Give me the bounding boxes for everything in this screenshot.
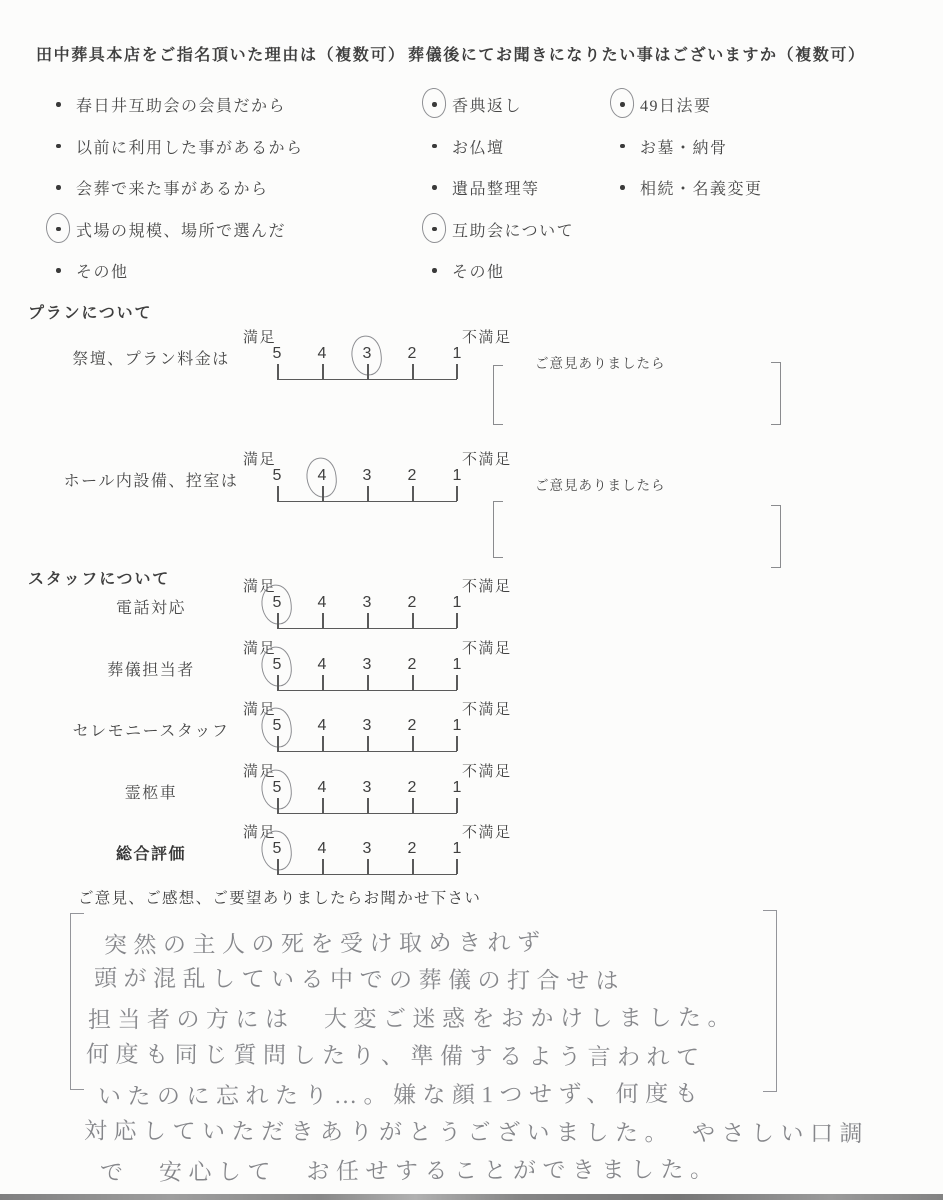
handwritten-line: 何度も同じ質問したり、準備するよう言われて — [86, 1036, 930, 1078]
scale-number: 1 — [453, 779, 462, 797]
scale-numbers: 5 4 3 2 1 — [277, 345, 457, 363]
scale-number: 1 — [453, 467, 462, 485]
handwritten-line: 担当者の方には 大変ご迷惑をおかけしました。 — [88, 999, 930, 1040]
scale-number: 4 — [318, 656, 327, 674]
scale-tick — [322, 859, 324, 874]
scale-number: 4 — [318, 840, 327, 858]
scale-number: 5 — [273, 467, 282, 485]
bullet-icon — [56, 185, 61, 190]
scale-number: 2 — [408, 345, 417, 363]
handwritten-line: 頭が混乱している中での葬儀の打合せは — [94, 960, 930, 1002]
scale-numbers: 5 4 3 2 1 — [277, 656, 457, 674]
scale-ruler — [277, 798, 457, 814]
scale-numbers: 5 4 3 2 1 — [277, 594, 457, 612]
satisfied-label: 満足 — [243, 326, 276, 347]
rating-row: 総合評価 満足 不満足 5 4 3 2 1 — [20, 821, 923, 883]
rating-scale: 満足 不満足 5 4 3 2 1 — [243, 448, 523, 504]
choice-label: お仏壇 — [452, 140, 505, 157]
choice-label: その他 — [76, 264, 129, 281]
unsatisfied-label: 不満足 — [462, 448, 512, 469]
scale-numbers: 5 4 3 2 1 — [277, 840, 457, 858]
scale-tick — [277, 736, 279, 751]
rating-row: セレモニースタッフ 満足 不満足 5 4 3 2 — [20, 698, 923, 760]
rating-scale: 満足 不満足 5 4 3 2 1 — [243, 760, 523, 816]
choice-label: 互助会について — [452, 223, 574, 240]
unsatisfied-label: 不満足 — [462, 575, 512, 596]
choice-item: お仏壇 — [424, 126, 612, 168]
scale-number: 2 — [408, 656, 417, 674]
scale-tick — [367, 613, 369, 628]
scale-number: 1 — [453, 345, 462, 363]
comment-bracket-right — [771, 362, 781, 425]
scale-tick — [277, 486, 279, 501]
scale-number: 3 — [363, 467, 372, 485]
scale-number: 4 — [318, 345, 327, 363]
scale-ruler — [277, 736, 457, 752]
scale-tick — [412, 798, 414, 813]
reasons-choice-list: 春日井互助会の会員だから 以前に利用した事があるから 会葬で来た事があるから 式… — [48, 84, 388, 292]
scale-number: 3 — [363, 840, 372, 858]
scale-tick — [322, 486, 324, 501]
scale-number: 1 — [453, 717, 462, 735]
choice-row: お仏壇 お墓・納骨 — [424, 126, 924, 168]
scale-tick — [367, 798, 369, 813]
bullet-icon — [56, 268, 61, 273]
scale-number: 2 — [408, 717, 417, 735]
scale-number: 2 — [408, 779, 417, 797]
scale-number: 4 — [318, 779, 327, 797]
choice-label: 会葬で来た事があるから — [76, 181, 269, 198]
scanned-survey-page: 田中葬具本店をご指名頂いた理由は（複数可） 葬儀後にてお聞きになりたい事はござい… — [0, 0, 943, 1200]
bullet-icon — [432, 144, 437, 149]
scale-number: 4 — [318, 717, 327, 735]
scale-tick — [322, 675, 324, 690]
scale-number: 5 — [273, 345, 282, 363]
rating-scale: 満足 不満足 5 4 3 2 1 — [243, 575, 523, 631]
scale-ruler — [277, 859, 457, 875]
scale-ruler — [277, 675, 457, 691]
comment-area: ご意見ありましたら — [490, 352, 790, 444]
after-funeral-question-title: 葬儀後にてお聞きになりたい事はございますか（複数可） — [408, 42, 866, 65]
unsatisfied-label: 不満足 — [462, 698, 512, 719]
scale-number: 2 — [408, 594, 417, 612]
rating-row: ホール内設備、控室は 満足 不満足 5 4 3 2 — [20, 448, 923, 570]
scale-tick — [277, 859, 279, 874]
choice-label: 式場の規模、場所で選んだ — [76, 223, 286, 240]
scale-tick — [277, 798, 279, 813]
scale-tick — [456, 736, 458, 751]
bullet-icon — [432, 268, 437, 273]
rating-scale: 満足 不満足 5 4 3 2 1 — [243, 821, 523, 877]
scale-tick — [456, 613, 458, 628]
comment-bracket-left — [493, 365, 503, 425]
choice-label: 春日井互助会の会員だから — [76, 98, 286, 115]
bullet-icon — [620, 185, 625, 190]
plan-section-title: プランについて — [28, 300, 152, 323]
scale-number: 4 — [318, 467, 327, 485]
choice-item: 相続・名義変更 — [612, 167, 800, 209]
choice-item: その他 — [48, 250, 378, 292]
bullet-icon — [620, 144, 625, 149]
unsatisfied-label: 不満足 — [462, 326, 512, 347]
scale-tick — [367, 675, 369, 690]
scale-tick — [322, 736, 324, 751]
choice-item: 春日井互助会の会員だから — [48, 84, 378, 126]
scale-tick — [322, 364, 324, 379]
choice-label: 相続・名義変更 — [640, 181, 763, 198]
scale-numbers: 5 4 3 2 1 — [277, 779, 457, 797]
handwritten-circle-mark — [420, 87, 447, 120]
choice-row: 香典返し 49日法要 — [424, 84, 924, 126]
comments-section-title: ご意見、ご感想、ご要望ありましたらお聞かせ下さい — [78, 886, 481, 908]
unsatisfied-label: 不満足 — [462, 760, 512, 781]
rating-row: 電話対応 満足 不満足 5 4 3 2 1 — [20, 575, 923, 637]
rating-scale: 満足 不満足 5 4 3 2 1 — [243, 326, 523, 382]
scale-tick — [412, 736, 414, 751]
choice-item: 遺品整理等 — [424, 167, 612, 209]
scale-number: 5 — [273, 840, 282, 858]
after-funeral-choice-list: 香典返し 49日法要 お仏壇 — [424, 84, 924, 292]
scale-number: 5 — [273, 717, 282, 735]
choice-row: 互助会について — [424, 209, 924, 251]
bullet-icon — [56, 144, 61, 149]
scale-tick — [367, 859, 369, 874]
scale-tick — [456, 486, 458, 501]
rating-row: 葬儀担当者 満足 不満足 5 4 3 2 1 — [20, 637, 923, 699]
choice-label: 49日法要 — [640, 98, 712, 115]
handwritten-circle-mark — [608, 87, 635, 120]
handwritten-comments: 突然の主人の死を受け取めきれず 頭が混乱している中での葬儀の打合せは 担当者の方… — [70, 924, 930, 1190]
scale-number: 2 — [408, 467, 417, 485]
scale-number: 1 — [453, 840, 462, 858]
plan-rating-rows: 祭壇、プラン料金は 満足 不満足 5 4 3 2 — [20, 326, 923, 570]
reasons-question-title: 田中葬具本店をご指名頂いた理由は（複数可） — [36, 42, 406, 65]
handwritten-circle-mark — [44, 211, 71, 244]
scale-tick — [412, 486, 414, 501]
scale-ruler — [277, 486, 457, 502]
scale-number: 2 — [408, 840, 417, 858]
scale-tick — [412, 364, 414, 379]
scale-number: 5 — [273, 594, 282, 612]
choice-item: お墓・納骨 — [612, 126, 800, 168]
scale-numbers: 5 4 3 2 1 — [277, 717, 457, 735]
scale-tick — [322, 798, 324, 813]
bullet-icon — [432, 185, 437, 190]
scale-tick — [456, 798, 458, 813]
choice-item: 会葬で来た事があるから — [48, 167, 378, 209]
handwritten-circle-mark — [420, 211, 447, 244]
comment-prompt-label: ご意見ありましたら — [535, 474, 666, 494]
handwritten-line: 対応していただきありがとうございました。 やさしい口調 — [84, 1113, 930, 1154]
scale-tick — [456, 364, 458, 379]
scale-tick — [367, 364, 369, 379]
scale-tick — [367, 736, 369, 751]
choice-label: お墓・納骨 — [640, 140, 728, 157]
handwritten-line: で 安心して お任せすることができました。 — [100, 1150, 930, 1192]
scale-number: 3 — [363, 717, 372, 735]
scale-tick — [367, 486, 369, 501]
scale-tick — [456, 859, 458, 874]
comment-bracket-left — [493, 501, 503, 558]
scan-artifact-bar — [0, 1194, 943, 1200]
choice-item: 互助会について — [424, 209, 612, 251]
scale-number: 5 — [273, 779, 282, 797]
choice-item: その他 — [424, 250, 612, 292]
choice-item: 香典返し — [424, 84, 612, 126]
bullet-icon — [56, 102, 61, 107]
choice-label: 以前に利用した事があるから — [76, 140, 304, 157]
unsatisfied-label: 不満足 — [462, 821, 512, 842]
choice-row: 遺品整理等 相続・名義変更 — [424, 167, 924, 209]
comment-prompt-label: ご意見ありましたら — [535, 352, 666, 372]
rating-row: 祭壇、プラン料金は 満足 不満足 5 4 3 2 — [20, 326, 923, 448]
rating-scale: 満足 不満足 5 4 3 2 1 — [243, 637, 523, 693]
choice-label: 遺品整理等 — [452, 181, 540, 198]
scale-tick — [277, 364, 279, 379]
scale-numbers: 5 4 3 2 1 — [277, 467, 457, 485]
scale-ruler — [277, 613, 457, 629]
rating-scale: 満足 不満足 5 4 3 2 1 — [243, 698, 523, 754]
scale-tick — [322, 613, 324, 628]
choice-item: 49日法要 — [612, 84, 800, 126]
scale-number: 3 — [363, 345, 372, 363]
handwritten-line: 突然の主人の死を受け取めきれず — [104, 921, 930, 965]
satisfied-label: 満足 — [243, 448, 276, 469]
scale-number: 1 — [453, 656, 462, 674]
scale-tick — [456, 675, 458, 690]
scale-number: 1 — [453, 594, 462, 612]
choice-label: その他 — [452, 264, 505, 281]
scale-tick — [412, 675, 414, 690]
unsatisfied-label: 不満足 — [462, 637, 512, 658]
scale-ruler — [277, 364, 457, 380]
comment-bracket-right — [771, 505, 781, 568]
scale-number: 3 — [363, 656, 372, 674]
staff-rating-rows: 電話対応 満足 不満足 5 4 3 2 1 — [20, 575, 923, 883]
scale-tick — [412, 613, 414, 628]
handwritten-line: いたのに忘れたり…。嫌な顔1つせず、何度も — [98, 1074, 930, 1116]
choice-row: その他 — [424, 250, 924, 292]
rating-row: 霊柩車 満足 不満足 5 4 3 2 1 — [20, 760, 923, 822]
comment-area: ご意見ありましたら — [490, 474, 790, 566]
scale-tick — [277, 675, 279, 690]
scale-number: 4 — [318, 594, 327, 612]
choice-item: 式場の規模、場所で選んだ — [48, 209, 378, 251]
scale-tick — [412, 859, 414, 874]
scale-tick — [277, 613, 279, 628]
scale-number: 3 — [363, 594, 372, 612]
choice-item: 以前に利用した事があるから — [48, 126, 378, 168]
choice-label: 香典返し — [452, 98, 522, 115]
scale-number: 5 — [273, 656, 282, 674]
scale-number: 3 — [363, 779, 372, 797]
